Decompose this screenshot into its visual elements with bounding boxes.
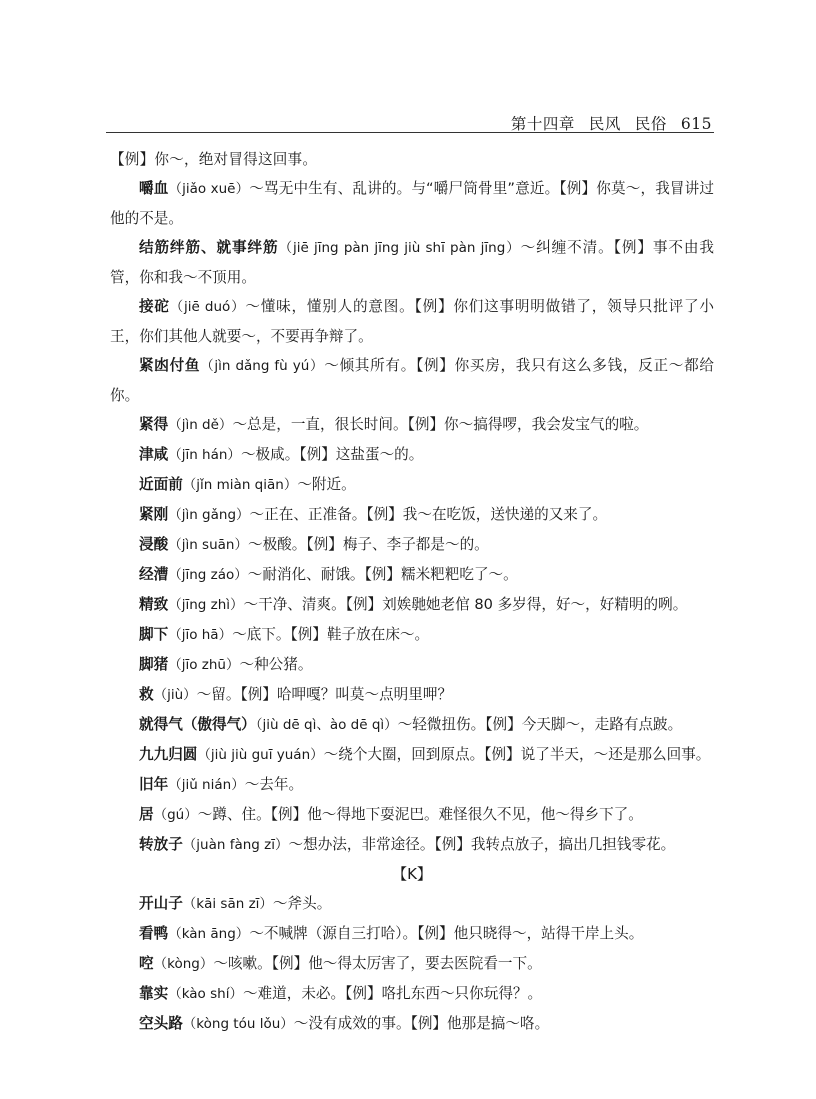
entry-term: 嚼血 [139,180,168,197]
dictionary-entry: 开山子（kāi sān zī）～斧头。 [110,889,714,919]
entry-term: 九九归圆 [139,746,197,763]
dictionary-entry: 脚下（jīo hā）～底下。【例】鞋子放在床～。 [110,620,714,650]
entry-definition: ～咳嗽。【例】他～得太厉害了，要去医院看一下。 [213,955,541,972]
entry-pinyin: （jīn hán） [168,447,241,463]
dictionary-entry: 看鸭（kàn āng）～不喊牌（源自三打哈）。【例】他只晓得～，站得干岸上头。 [110,919,714,949]
entry-definition: ～总是，一直，很长时间。【例】你～搞得啰，我会发宝气的啦。 [232,416,648,433]
entry-definition: ～没有成效的事。【例】他那是搞～咯。 [294,1015,549,1032]
running-head: 第十四章民风民俗615 [497,112,712,134]
entry-term: 靠实 [139,985,168,1002]
entry-definition: ～蹲、住。【例】他～得地下耍泥巴。难怪很久不见，他～得乡下了。 [198,806,643,823]
entry-term: 居 [139,806,154,823]
entry-list-k: 开山子（kāi sān zī）～斧头。看鸭（kàn āng）～不喊牌（源自三打哈… [110,889,714,1039]
entry-pinyin: （jìn gǎng） [168,507,249,523]
entry-term: 看鸭 [139,925,168,942]
entry-term: 紧得 [139,416,168,433]
entry-pinyin: （jīo zhū） [168,657,239,673]
entry-pinyin: （jīng zhì） [168,597,243,613]
entry-term: 精致 [139,596,168,613]
entry-pinyin: （jiù） [154,687,197,703]
entry-term: 紧刚 [139,506,168,523]
entry-term: 啌 [139,955,154,972]
dictionary-entry: 就得气（傲得气）（jiù dē qì、ào dē qì）～轻微扭伤。【例】今天脚… [110,710,714,740]
page-number: 615 [681,115,712,133]
page-body: 【例】你～，绝对冒得这回事。 嚼血（jiǎo xuē）～骂无中生有、乱讲的。与“… [110,145,714,1039]
dictionary-entry: 空头路（kòng tóu lǒu）～没有成效的事。【例】他那是搞～咯。 [110,1009,714,1039]
dictionary-entry: 脚猪（jīo zhū）～种公猪。 [110,650,714,680]
entry-definition: ～极酸。【例】梅子、李子都是～的。 [248,536,489,553]
entry-pinyin: （jiē jīng pàn jīng jiù shī pàn jīng） [279,240,521,256]
entry-pinyin: （jiù dē qì、ào dē qì） [256,717,398,733]
dictionary-entry: 经漕（jīng záo）～耐消化、耐饿。【例】糯米粑粑吃了～。 [110,560,714,590]
dictionary-entry: 近面前（jǐn miàn qiān）～附近。 [110,470,714,500]
entry-definition: ～想办法，非常途径。【例】我转点放子，搞出几担钱零花。 [289,836,676,853]
dictionary-entry: 浸酸（jìn suān）～极酸。【例】梅子、李子都是～的。 [110,530,714,560]
page-header: 第十四章民风民俗615 [106,112,714,133]
entry-pinyin: （jiù jiù guī yuán） [197,747,323,763]
entry-term: 经漕 [139,566,168,583]
entry-definition: ～轻微扭伤。【例】今天脚～，走路有点跛。 [398,716,683,733]
section-title-2: 民俗 [635,115,667,133]
dictionary-entry: 紧得（jìn dě）～总是，一直，很长时间。【例】你～搞得啰，我会发宝气的啦。 [110,410,714,440]
entry-term: 脚下 [139,626,168,643]
entry-definition: ～干净、清爽。【例】刘娭毑她老倌 80 多岁得，好～，好精明的咧。 [244,596,688,613]
dictionary-entry: 紧刚（jìn gǎng）～正在、正准备。【例】我～在吃饭，送快递的又来了。 [110,500,714,530]
entry-pinyin: （jìn suān） [168,537,248,553]
entry-definition: ～耐消化、耐饿。【例】糯米粑粑吃了～。 [248,566,518,583]
entry-term: 旧年 [139,776,168,793]
entry-term: 空头路 [139,1015,183,1032]
entry-term: 结筋绊筋、就事绊筋 [139,239,279,256]
dictionary-entry: 旧年（jiǔ nián）～去年。 [110,770,714,800]
entry-pinyin: （kòng） [154,956,214,972]
section-title-1: 民风 [589,115,621,133]
dictionary-entry: 救（jiù）～留。【例】哈呷嘎？叫莫～点明里呷？ [110,680,714,710]
dictionary-entry: 津咸（jīn hán）～极咸。【例】这盐蛋～的。 [110,440,714,470]
entry-term: 就得气（傲得气） [139,716,256,733]
entry-term: 接砣 [139,298,170,315]
dictionary-entry: 精致（jīng zhì）～干净、清爽。【例】刘娭毑她老倌 80 多岁得，好～，好… [110,590,714,620]
dictionary-entry: 居（gú）～蹲、住。【例】他～得地下耍泥巴。难怪很久不见，他～得乡下了。 [110,800,714,830]
entry-definition: ～种公猪。 [239,656,312,673]
entry-term: 津咸 [139,446,168,463]
entry-pinyin: （kào shí） [168,986,243,1002]
dictionary-entry: 结筋绊筋、就事绊筋（jiē jīng pàn jīng jiù shī pàn … [110,233,714,292]
entry-pinyin: （jiē duó） [170,299,246,315]
entry-pinyin: （gú） [154,807,198,823]
entry-pinyin: （juàn fàng zī） [183,837,289,853]
dictionary-entry: 嚼血（jiǎo xuē）～骂无中生有、乱讲的。与“嚼尸筒骨里”意近。【例】你莫～… [110,174,714,233]
dictionary-entry: 接砣（jiē duó）～懂味，懂别人的意图。【例】你们这事明明做错了，领导只批评… [110,292,714,351]
entry-term: 开山子 [139,895,183,912]
entry-term: 紧凼付鱼 [139,357,200,374]
entry-pinyin: （kàn āng） [168,926,249,942]
dictionary-entry: 紧凼付鱼（jìn dǎng fù yú）～倾其所有。【例】你买房，我只有这么多钱… [110,351,714,410]
entry-definition: ～底下。【例】鞋子放在床～。 [232,626,429,643]
entry-pinyin: （kòng tóu lǒu） [183,1016,294,1032]
entry-pinyin: （jīng záo） [168,567,248,583]
dictionary-entry: 九九归圆（jiù jiù guī yuán）～绕个大圈，回到原点。【例】说了半天… [110,740,714,770]
dictionary-entry: 转放子（juàn fàng zī）～想办法，非常途径。【例】我转点放子，搞出几担… [110,830,714,860]
entry-list: 嚼血（jiǎo xuē）～骂无中生有、乱讲的。与“嚼尸筒骨里”意近。【例】你莫～… [110,174,714,860]
entry-definition: ～不喊牌（源自三打哈）。【例】他只晓得～，站得干岸上头。 [249,925,643,942]
entry-definition: ～斧头。 [273,895,331,912]
entry-definition: ～去年。 [245,776,303,793]
entry-term: 浸酸 [139,536,168,553]
entry-definition: ～留。【例】哈呷嘎？叫莫～点明里呷？ [197,686,452,703]
dictionary-entry: 啌（kòng）～咳嗽。【例】他～得太厉害了，要去医院看一下。 [110,949,714,979]
entry-term: 脚猪 [139,656,168,673]
entry-term: 近面前 [139,476,183,493]
entry-pinyin: （jǐn miàn qiān） [183,477,298,493]
entry-term: 救 [139,686,154,703]
entry-pinyin: （jiǔ nián） [168,777,245,793]
entry-definition: ～难道，未必。【例】咯扎东西～只你玩得？。 [243,985,542,1002]
entry-definition: ～绕个大圈，回到原点。【例】说了半天，～还是那么回事。 [324,746,711,763]
entry-pinyin: （jiǎo xuē） [168,181,249,197]
continuation-line: 【例】你～，绝对冒得这回事。 [110,145,714,174]
entry-pinyin: （jìn dǎng fù yú） [200,358,324,374]
chapter-title: 第十四章 [511,115,575,133]
entry-pinyin: （jìn dě） [168,417,232,433]
entry-pinyin: （jīo hā） [168,627,232,643]
dictionary-entry: 靠实（kào shí）～难道，未必。【例】咯扎东西～只你玩得？。 [110,979,714,1009]
entry-definition: ～附近。 [297,476,355,493]
entry-term: 转放子 [139,836,183,853]
section-heading-k: 【K】 [110,860,714,889]
entry-pinyin: （kāi sān zī） [183,896,273,912]
entry-definition: ～极咸。【例】这盐蛋～的。 [241,446,423,463]
entry-definition: ～正在、正准备。【例】我～在吃饭，送快递的又来了。 [250,506,608,523]
